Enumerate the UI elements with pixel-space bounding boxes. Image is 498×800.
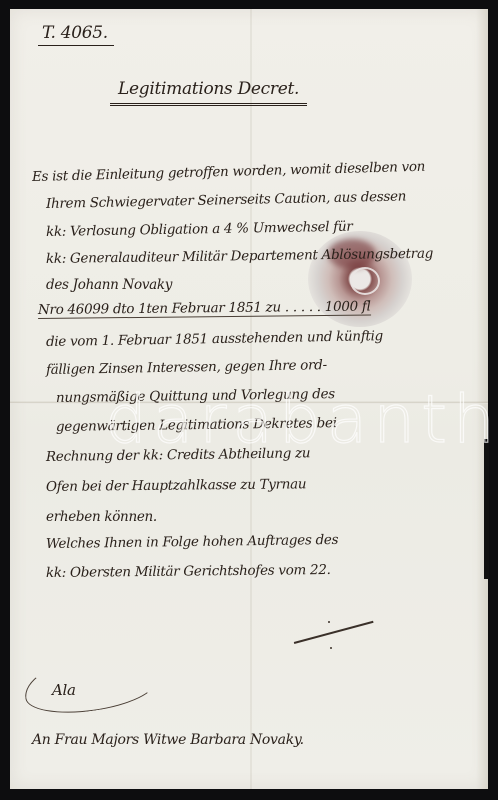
paper-edge-notch [484, 439, 489, 579]
body-line: kk: Verlosung Obligation a 4 % Umwechsel… [46, 219, 353, 240]
signature-dash [294, 621, 374, 644]
body-line: Ihrem Schwiegervater Seinerseits Caution… [46, 188, 406, 212]
signature-dot [330, 647, 332, 649]
copy-mark-label: Ala [52, 681, 76, 699]
copy-mark-flourish [21, 648, 159, 720]
body-line: kk: Obersten Militär Gerichtshofes vom 2… [46, 562, 331, 581]
body-line: Welches Ihnen in Folge hohen Auftrages d… [46, 532, 338, 552]
body-line: erheben können. [46, 509, 157, 525]
address-line: An Frau Majors Witwe Barbara Novaky. [32, 732, 304, 748]
reference-number: T. 4065. [38, 23, 114, 46]
body-line: Ofen bei der Hauptzahlkasse zu Tyrnau [46, 476, 306, 495]
document-title: Legitimations Decret. [110, 79, 307, 106]
body-line: die vom 1. Februar 1851 ausstehenden und… [46, 328, 383, 350]
body-line: Es ist die Einleitung getroffen worden, … [32, 159, 426, 185]
signature-dot [328, 621, 330, 623]
obligation-line: Nro 46099 dto 1ten Februar 1851 zu . . .… [38, 299, 371, 319]
watermark: darabanth [105, 381, 498, 458]
seal-ring [350, 267, 380, 295]
body-line: des Johann Novaky [46, 277, 172, 293]
scan-frame: T. 4065. Legitimations Decret. Es ist di… [0, 0, 498, 800]
document-paper: T. 4065. Legitimations Decret. Es ist di… [10, 9, 488, 789]
body-line: fälligen Zinsen Interessen, gegen Ihre o… [46, 357, 327, 378]
